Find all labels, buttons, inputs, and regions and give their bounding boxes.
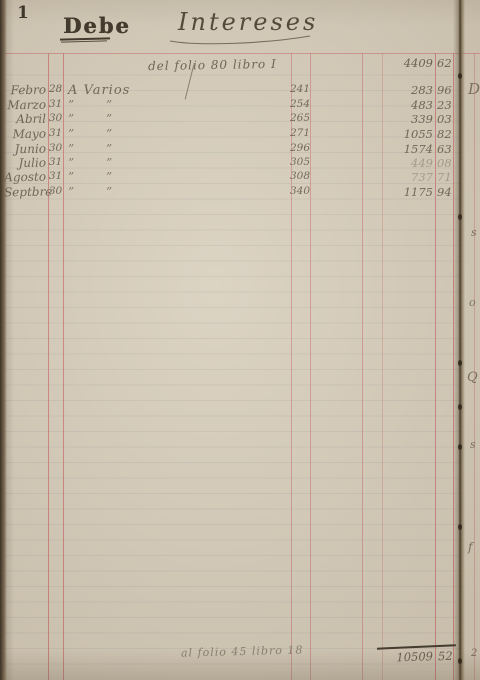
amount-cents-cell: 71 <box>437 170 452 184</box>
carried-amount-cents: 62 <box>437 56 452 70</box>
month-cell: Agosto <box>4 170 46 185</box>
stitch-mark <box>458 444 462 450</box>
ledger-row: Marzo 31 ” ” 254 483 23 <box>0 98 456 112</box>
ledger-row: Junio 30 ” ” 296 1574 63 <box>0 142 456 156</box>
amount-cents-cell: 03 <box>437 112 452 126</box>
debe-underline-2 <box>61 40 107 42</box>
amount-units-cell: 737 <box>383 170 433 184</box>
day-cell: 28 <box>48 83 63 95</box>
amount-cents-cell: 82 <box>437 127 452 141</box>
folio-cell: 308 <box>290 170 310 182</box>
ledger-row: Septbre 30 ” ” 340 1175 94 <box>0 185 456 199</box>
amount-units-cell: 449 <box>383 156 433 170</box>
ditto-marks: ” ” <box>68 156 113 170</box>
amount-units-cell: 1055 <box>383 127 433 141</box>
ditto-marks: ” ” <box>68 185 113 199</box>
page-left-edge-shadow <box>0 0 7 680</box>
ledger-row: Abril 30 ” ” 265 339 03 <box>0 112 456 126</box>
ledger-row: Agosto 31 ” ” 308 737 71 <box>0 170 456 184</box>
next-page-red-rule <box>463 53 480 54</box>
next-page-text-fragment: f <box>468 540 472 554</box>
ledger-page-scan: 1 Debe Intereses del folio 80 libro I 44… <box>0 0 480 680</box>
ledger-row: Julio 31 ” ” 305 449 08 <box>0 156 456 170</box>
folio-cell: 241 <box>290 83 310 95</box>
month-cell: Febro <box>4 83 46 98</box>
next-page-text-fragment: s <box>471 226 477 239</box>
binding-gutter <box>453 0 465 680</box>
ditto-marks: ” ” <box>68 170 113 184</box>
ditto-marks: ” ” <box>68 127 113 141</box>
month-cell: Marzo <box>4 98 46 113</box>
month-cell: Mayo <box>4 127 46 142</box>
folio-cell: 296 <box>290 142 310 154</box>
stitch-mark <box>458 73 462 79</box>
carried-amount-units: 4409 <box>383 56 433 70</box>
stitch-mark <box>458 404 462 410</box>
next-page-sliver: D s o Q s f 2 <box>463 0 480 680</box>
ditto-marks: ” ” <box>68 98 113 112</box>
stitch-mark <box>458 214 462 220</box>
amount-cents-cell: 63 <box>437 142 452 156</box>
folio-cell: 271 <box>290 127 310 139</box>
stitch-mark <box>458 360 462 366</box>
folio-cell: 265 <box>290 112 310 124</box>
total-amount-cents: 52 <box>438 649 453 664</box>
day-cell: 30 <box>48 142 63 154</box>
amount-cents-cell: 23 <box>437 98 452 112</box>
month-cell: Septbre <box>4 185 46 200</box>
amount-units-cell: 1175 <box>383 185 433 199</box>
next-page-text-fragment: D <box>468 80 480 98</box>
next-page-text-fragment: Q <box>467 370 478 385</box>
next-page-column-rule <box>474 53 475 680</box>
carried-to-note: al folio 45 libro 18 <box>181 643 304 659</box>
next-page-text-fragment: s <box>470 438 476 451</box>
next-page-text-fragment: 2 <box>471 648 477 659</box>
amount-units-cell: 283 <box>383 83 433 97</box>
folio-cell: 254 <box>290 98 310 110</box>
day-cell: 31 <box>48 156 63 168</box>
page-number: 1 <box>17 3 29 23</box>
amount-cents-cell: 94 <box>437 185 452 199</box>
folio-cell: 340 <box>290 185 310 197</box>
month-cell: Abril <box>4 112 46 127</box>
description-cell: A Varios <box>68 83 130 98</box>
title-underline-flourish <box>168 34 318 48</box>
stitch-mark <box>458 524 462 530</box>
day-cell: 30 <box>48 112 63 124</box>
ditto-marks: ” ” <box>68 112 113 126</box>
month-cell: Junio <box>4 142 46 157</box>
account-title: Intereses <box>178 8 318 36</box>
stitch-mark <box>458 658 462 664</box>
day-cell: 31 <box>48 127 63 139</box>
next-page-text-fragment: o <box>469 296 476 309</box>
amount-units-cell: 483 <box>383 98 433 112</box>
day-cell: 31 <box>48 98 63 110</box>
ditto-marks: ” ” <box>68 142 113 156</box>
total-amount-units: 10509 <box>381 649 433 665</box>
debit-side-label: Debe <box>63 13 131 38</box>
ledger-row: Mayo 31 ” ” 271 1055 82 <box>0 127 456 141</box>
amount-units-cell: 1574 <box>383 142 433 156</box>
day-cell: 30 <box>48 185 63 197</box>
header-red-rule <box>0 53 480 54</box>
ledger-row: Febro 28 A Varios 241 283 96 <box>0 83 456 97</box>
amount-cents-cell: 08 <box>437 156 452 170</box>
amount-cents-cell: 96 <box>437 83 452 97</box>
day-cell: 31 <box>48 170 63 182</box>
folio-cell: 305 <box>290 156 310 168</box>
amount-units-cell: 339 <box>383 112 433 126</box>
carried-from-note: del folio 80 libro I <box>148 57 277 73</box>
month-cell: Julio <box>4 156 46 171</box>
